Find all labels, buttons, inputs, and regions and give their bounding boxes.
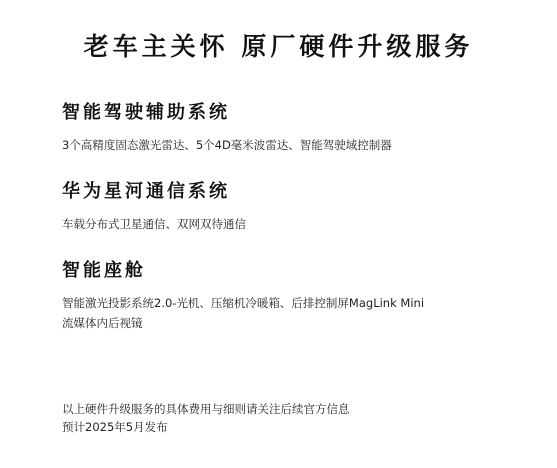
section-smart-cockpit: 智能座舱 智能激光投影系统2.0-光机、压缩机冷暖箱、后排控制屏MagLink …	[62, 259, 424, 333]
section-driving-assist: 智能驾驶辅助系统 3个高精度固态激光雷达、5个4D毫米波雷达、智能驾驶域控制器	[62, 101, 392, 155]
section-line: 智能激光投影系统2.0-光机、压缩机冷暖箱、后排控制屏MagLink Mini	[62, 293, 424, 313]
footer-note: 以上硬件升级服务的具体费用与细则请关注后续官方信息 预计2025年5月发布	[62, 400, 350, 436]
section-heading: 智能座舱	[62, 259, 424, 283]
section-line: 3个高精度固态激光雷达、5个4D毫米波雷达、智能驾驶域控制器	[62, 135, 392, 155]
section-heading: 智能驾驶辅助系统	[62, 101, 392, 125]
section-communication: 华为星河通信系统 车载分布式卫星通信、双网双待通信	[62, 180, 246, 234]
section-line: 流媒体内后视镜	[62, 313, 424, 333]
footer-line: 以上硬件升级服务的具体费用与细则请关注后续官方信息	[62, 400, 350, 418]
footer-line: 预计2025年5月发布	[62, 418, 350, 436]
section-line: 车载分布式卫星通信、双网双待通信	[62, 214, 246, 234]
section-body: 3个高精度固态激光雷达、5个4D毫米波雷达、智能驾驶域控制器	[62, 135, 392, 155]
page-title: 老车主关怀 原厂硬件升级服务	[0, 30, 557, 64]
section-body: 智能激光投影系统2.0-光机、压缩机冷暖箱、后排控制屏MagLink Mini …	[62, 293, 424, 333]
section-heading: 华为星河通信系统	[62, 180, 246, 204]
section-body: 车载分布式卫星通信、双网双待通信	[62, 214, 246, 234]
